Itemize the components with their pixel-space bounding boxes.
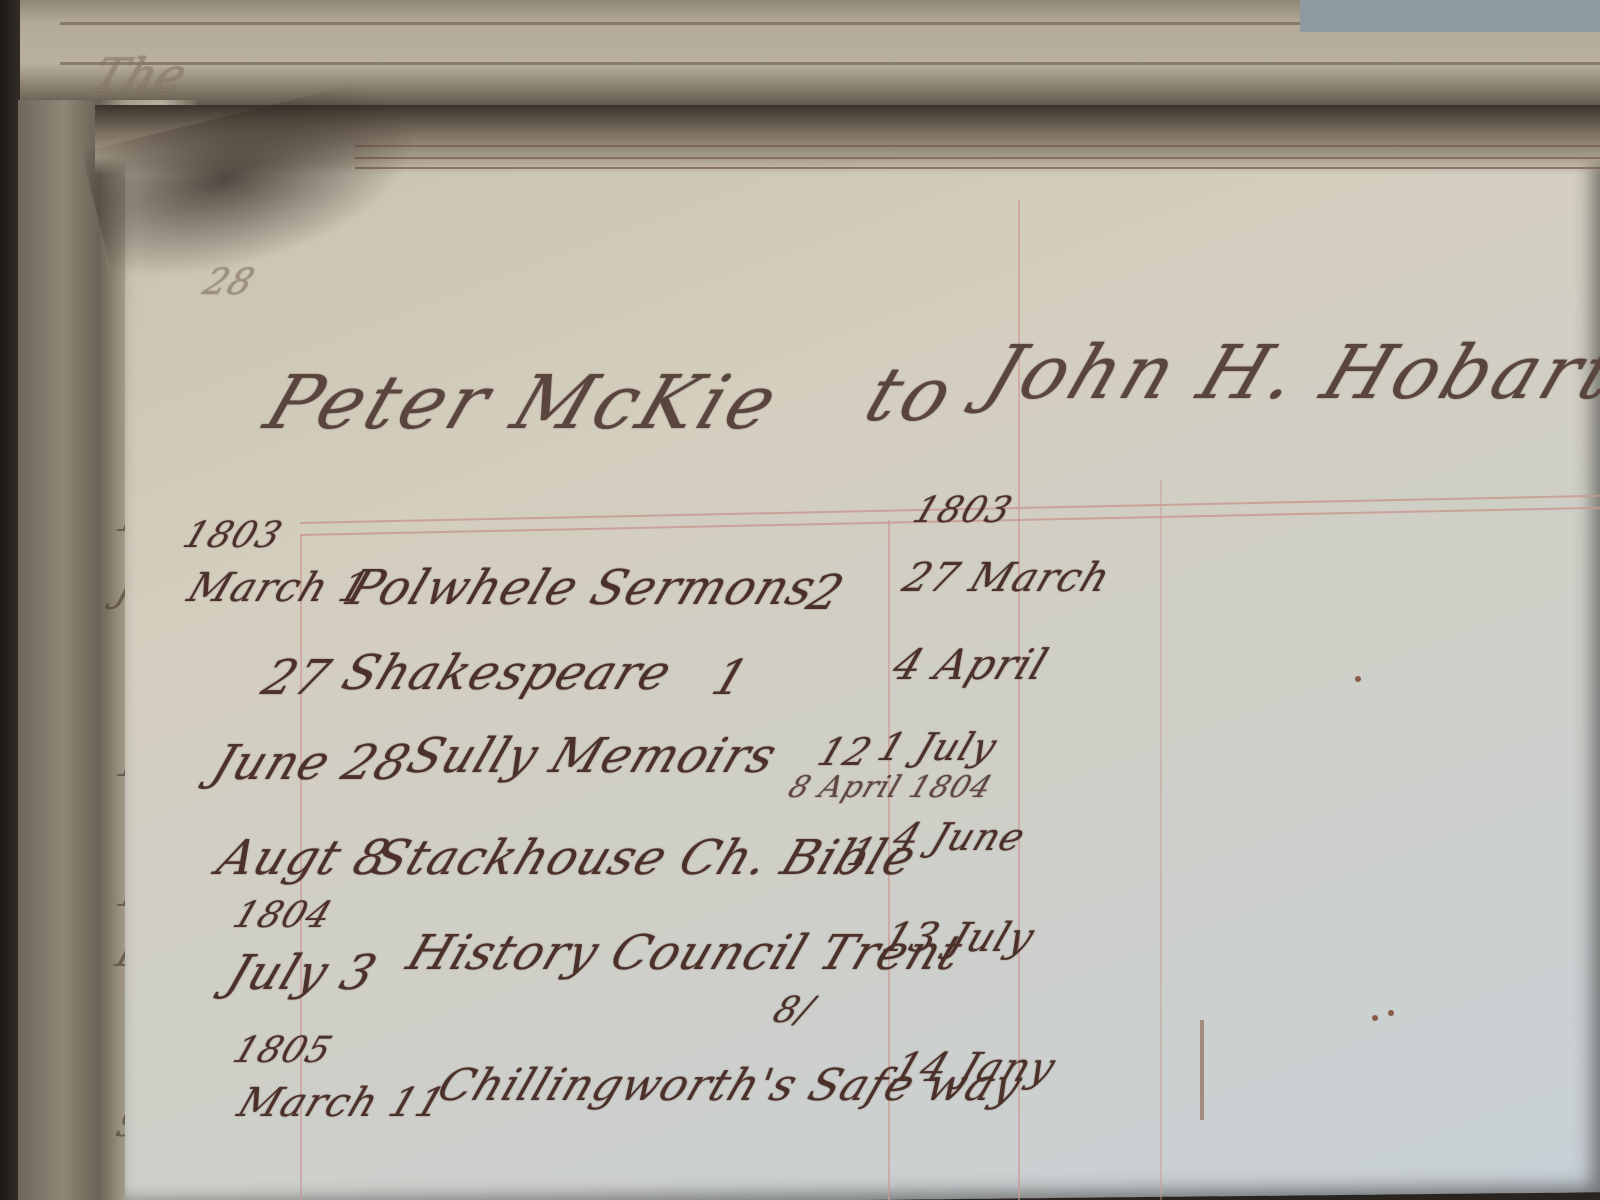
year-left: 1803 [178,515,289,556]
entry-date: July 3 [220,945,385,1001]
top-edge-notation: The [85,48,195,102]
entry-date: March 11 [232,1080,452,1126]
entry-returned: 27 March [897,555,1117,601]
year-right: 1803 [908,490,1019,531]
account-creditor: John H. Hobart [974,330,1600,416]
entry-returned: 1 July [872,725,1004,769]
entry-year: 1804 [228,895,339,936]
ink-speck [1355,676,1361,682]
entry-returned: 4 June [887,815,1032,859]
entry-year: 1805 [228,1030,339,1071]
entry-title: Shakespeare [335,645,680,701]
entry-returned: 14 Jany [887,1045,1063,1091]
entry-note: 8 April 1804 [784,770,998,805]
entry-title: Sully Memoirs [400,728,785,784]
account-holder: Peter McKie [254,360,792,446]
entry-returned: 4 April [886,640,1055,689]
ink-speck [1372,1015,1378,1021]
ink-stroke [1200,1020,1204,1120]
entry-title: Stackhouse Ch. Bible [365,830,924,886]
entry-returned: 13 July [877,915,1042,961]
credit-column-rule [1160,480,1162,1200]
entry-title: Polwhele Sermons [340,560,825,616]
ink-speck [1388,1010,1394,1016]
entry-date: June 28 [205,735,418,791]
background-gap [1300,0,1600,32]
